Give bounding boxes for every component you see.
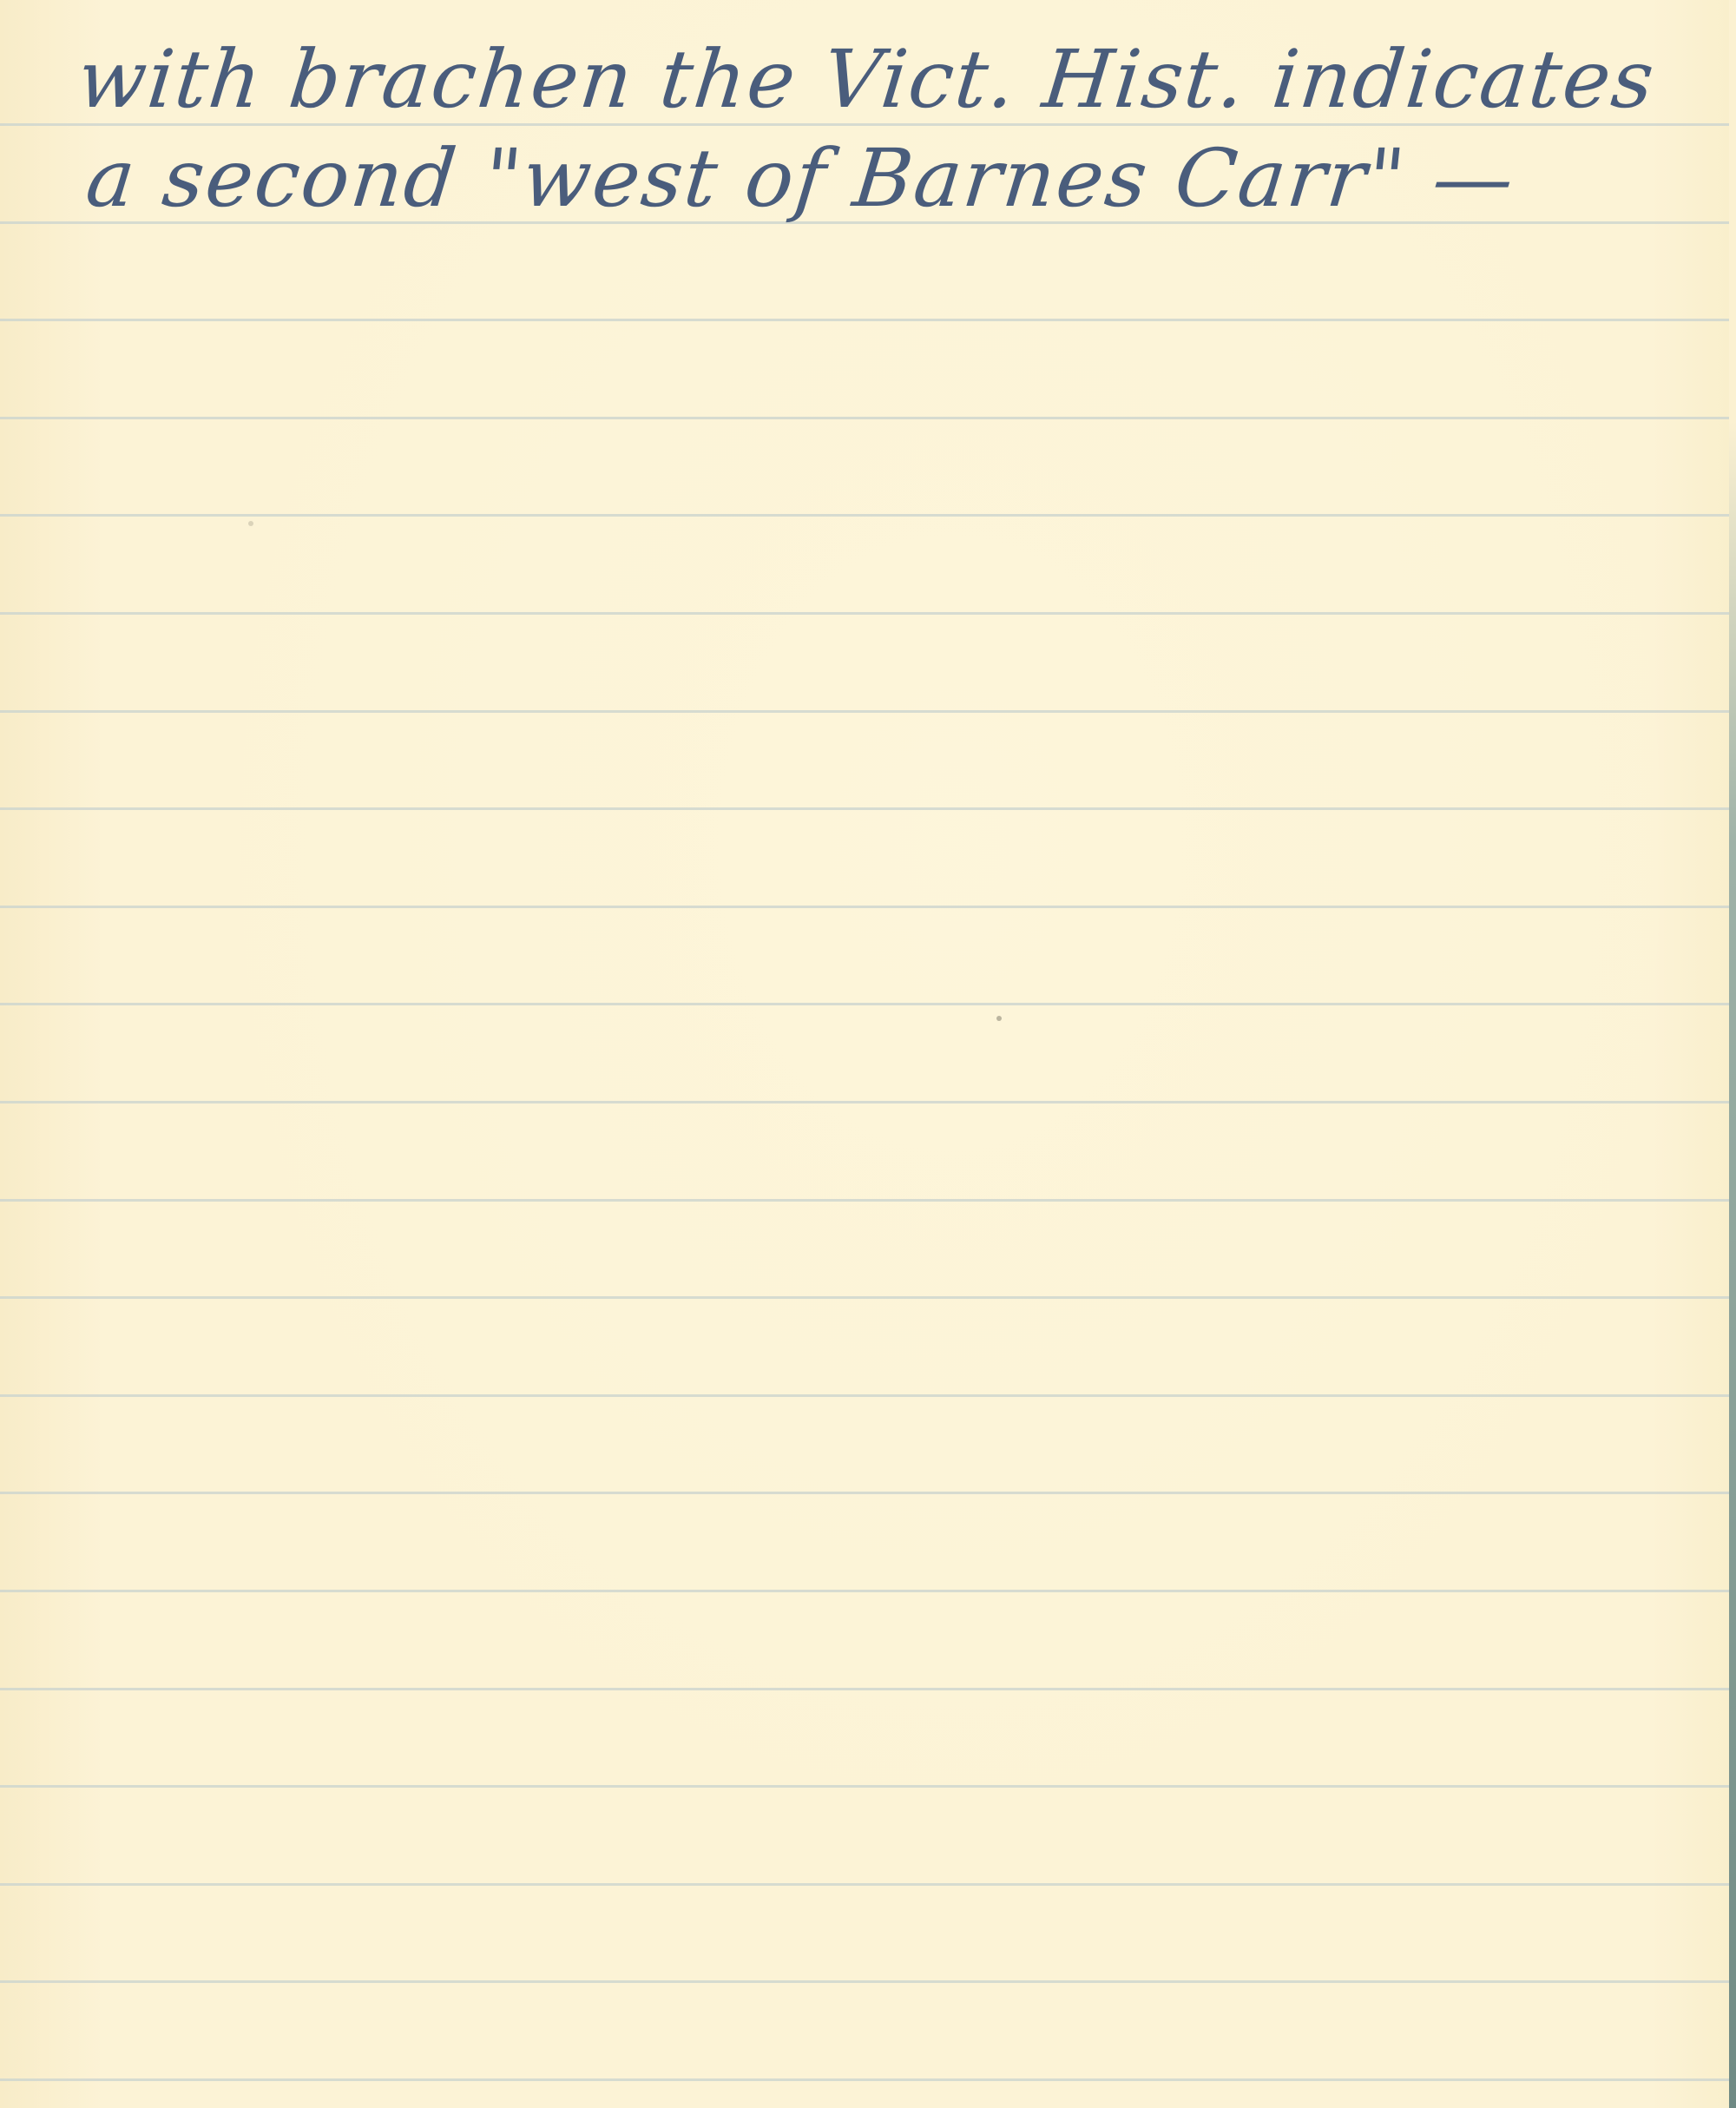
ruled-line <box>0 1492 1729 1494</box>
ruled-line <box>0 1980 1729 1983</box>
ruled-line <box>0 514 1729 517</box>
ruled-line <box>0 906 1729 908</box>
ruled-line <box>0 1394 1729 1397</box>
ruled-line <box>0 1590 1729 1592</box>
ruled-line <box>0 1785 1729 1788</box>
ruled-line <box>0 1296 1729 1299</box>
ruled-line <box>0 612 1729 615</box>
handwritten-line-2: a second "west of Barnes Carr" — <box>82 132 1519 225</box>
ruled-line <box>0 1688 1729 1690</box>
page-binding-edge <box>1729 0 1736 2108</box>
ruled-line <box>0 319 1729 321</box>
handwritten-line-1: with brachen the Vict. Hist. indicates <box>73 33 1660 126</box>
ruled-line <box>0 710 1729 713</box>
ruled-line <box>0 2078 1729 2081</box>
notebook-page: with brachen the Vict. Hist. indicates a… <box>0 0 1729 2108</box>
ruled-line <box>0 1883 1729 1886</box>
ruled-line <box>0 1199 1729 1202</box>
ruled-line <box>0 807 1729 810</box>
ink-speck <box>996 1016 1002 1021</box>
ruled-line <box>0 1003 1729 1005</box>
paper-speck <box>248 521 253 526</box>
ruled-line <box>0 417 1729 419</box>
ruled-line <box>0 1101 1729 1103</box>
